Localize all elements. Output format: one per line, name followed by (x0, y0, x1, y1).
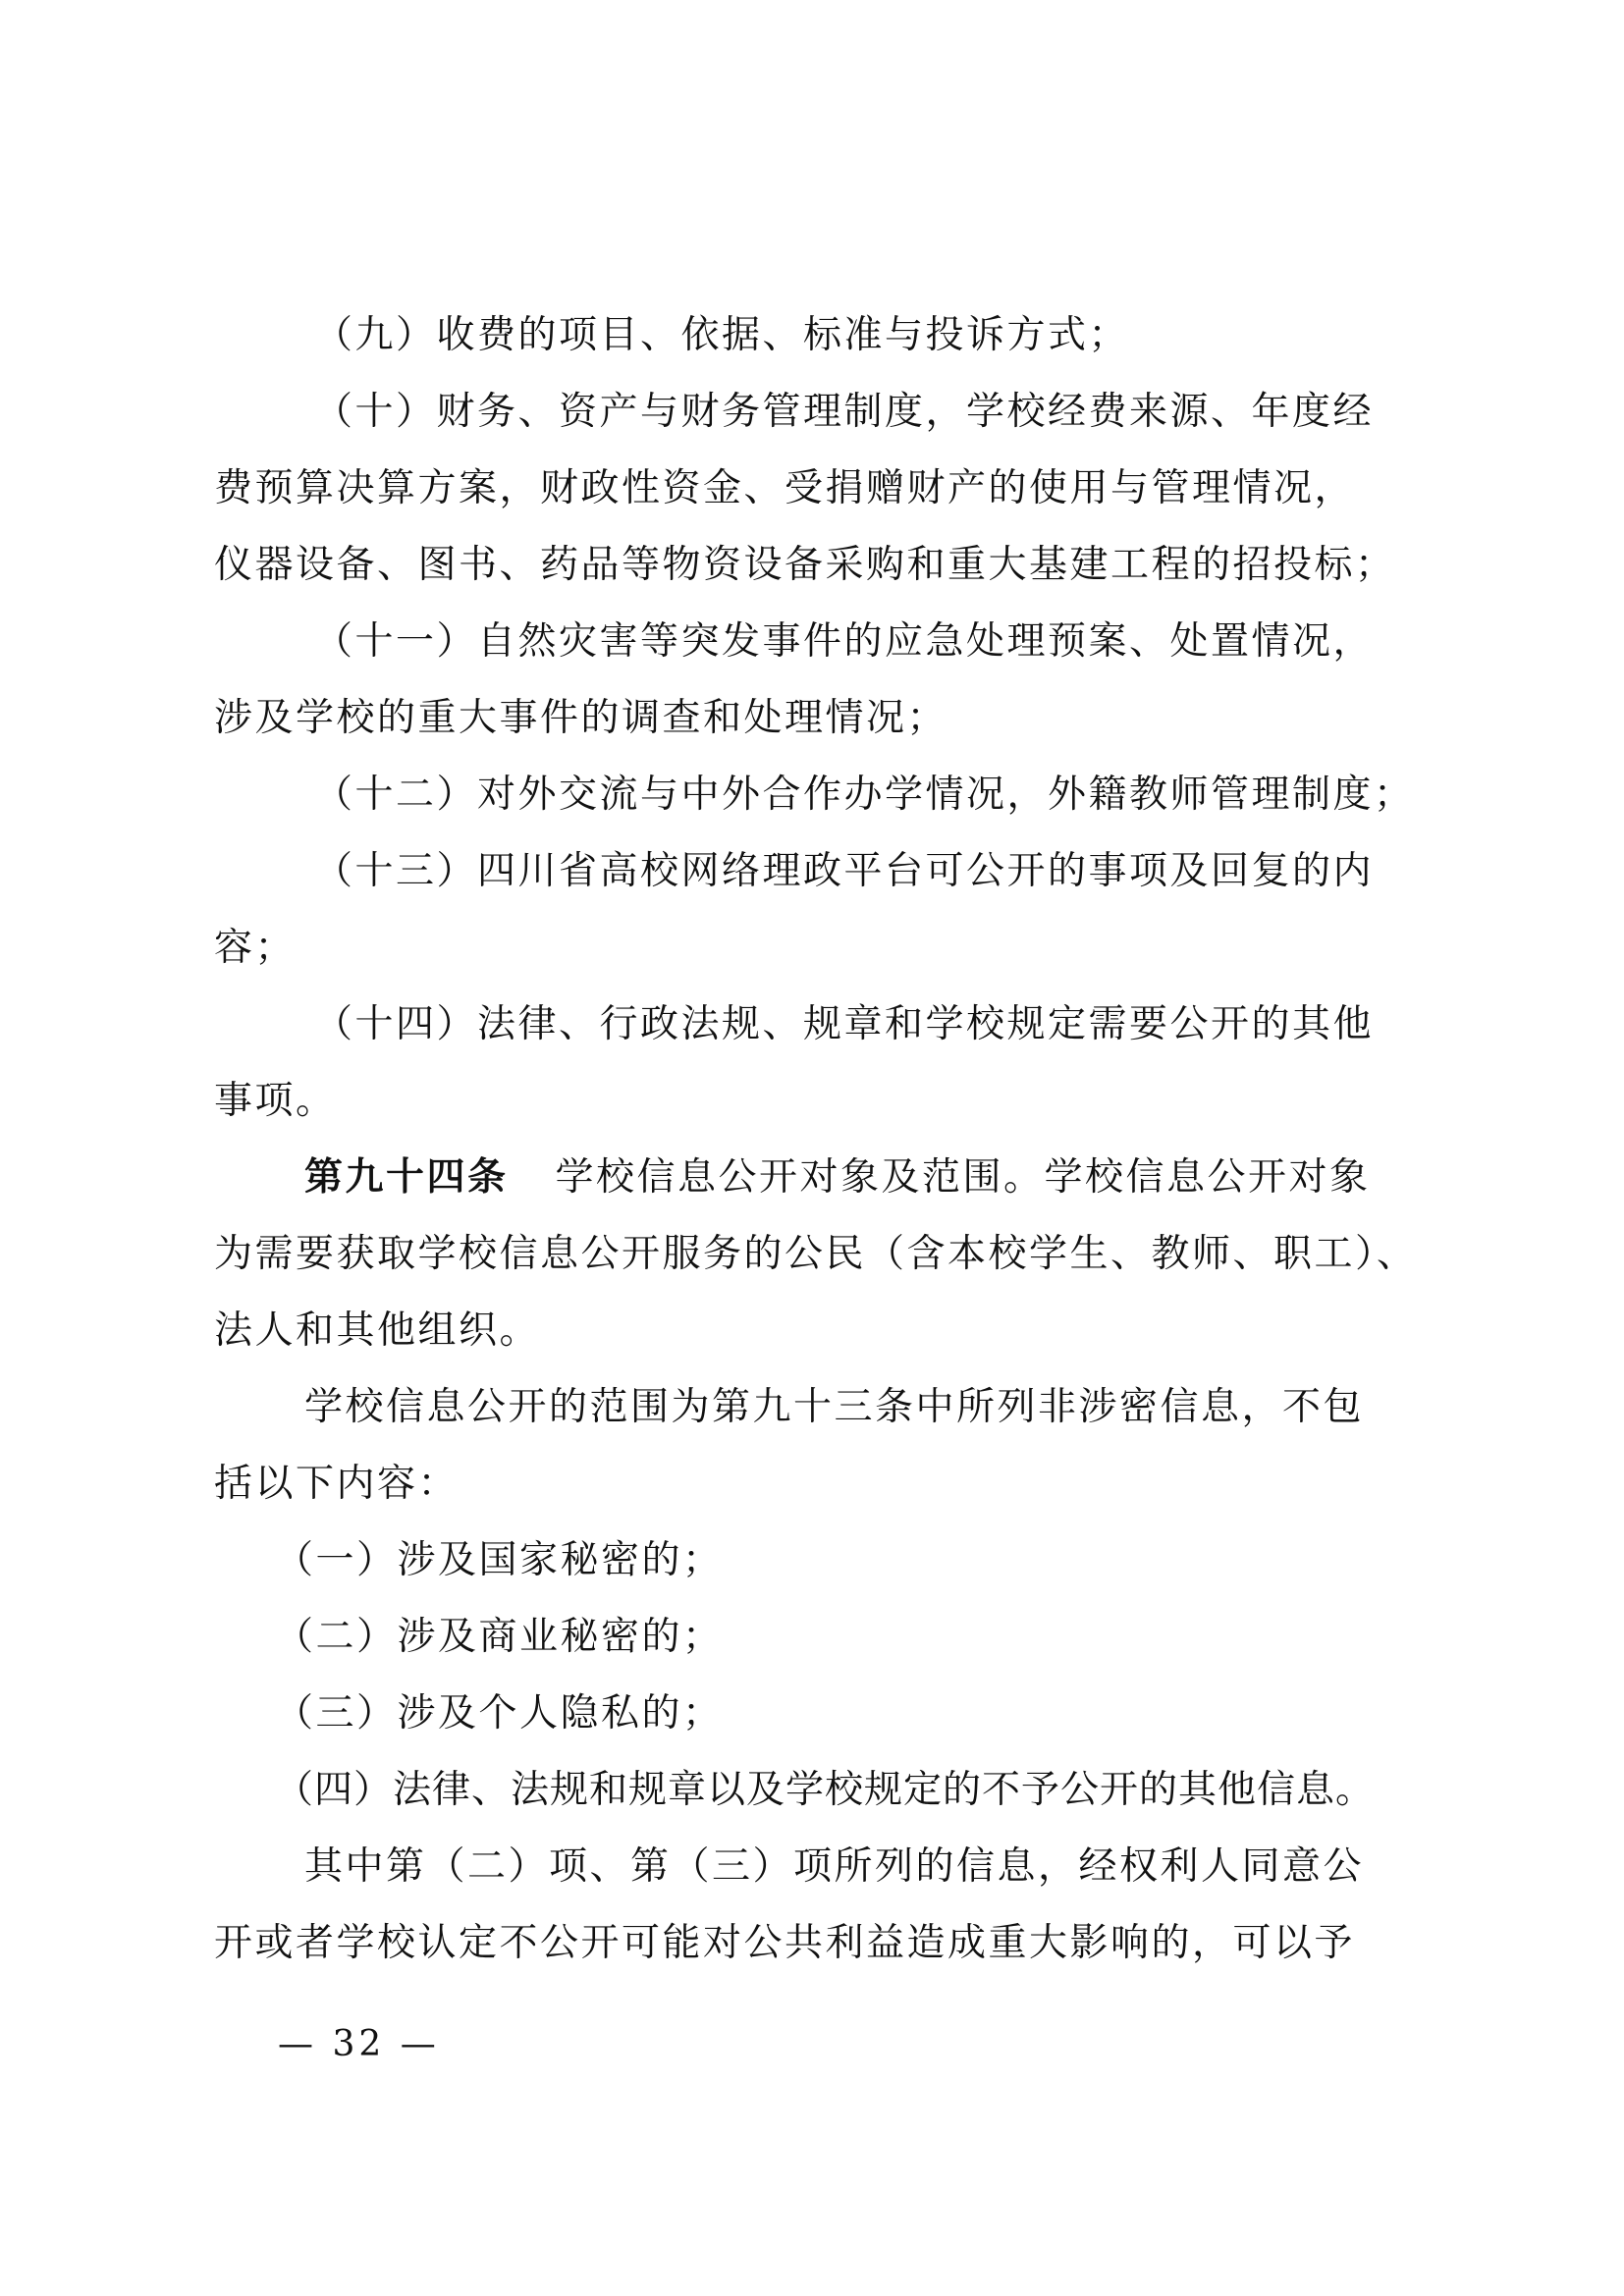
list-item-13-cont: 容； (214, 919, 296, 978)
list-item-13: （十三）四川省高校网络理政平台可公开的事项及回复的内 (314, 842, 1374, 901)
article-94-line-3: 法人和其他组织。 (214, 1302, 540, 1361)
scope-paragraph-line-1: 学校信息公开的范围为第九十三条中所列非涉密信息，不包 (304, 1378, 1364, 1437)
list-item-11: （十一）自然灾害等突发事件的应急处理预案、处置情况， (314, 613, 1374, 671)
exclusion-item-1: （一）涉及国家秘密的； (275, 1531, 724, 1590)
closing-paragraph-line-1: 其中第（二）项、第（三）项所列的信息，经权利人同意公 (304, 1838, 1364, 1896)
article-94-first-line: 第九十四条学校信息公开对象及范围。学校信息公开对象 (304, 1148, 1371, 1207)
exclusion-item-2: （二）涉及商业秘密的； (275, 1608, 724, 1667)
page-number: — 32 — (278, 2024, 440, 2064)
exclusion-item-4: （四）法律、法规和规章以及学校规定的不予公开的其他信息。 (275, 1761, 1375, 1820)
list-item-10-cont-1: 费预算决算方案，财政性资金、受捐赠财产的使用与管理情况， (214, 459, 1355, 518)
list-item-14-cont: 事项。 (214, 1072, 337, 1131)
list-item-14: （十四）法律、行政法规、规章和学校规定需要公开的其他 (314, 995, 1374, 1054)
closing-paragraph-line-2: 开或者学校认定不公开可能对公共利益造成重大影响的，可以予 (214, 1914, 1355, 1973)
article-94-line-2: 为需要获取学校信息公开服务的公民（含本校学生、教师、职工）、 (214, 1225, 1418, 1284)
article-heading-text: 学校信息公开对象及范围。学校信息公开对象 (556, 1155, 1371, 1200)
list-item-10-cont-2: 仪器设备、图书、药品等物资设备采购和重大基建工程的招投标； (214, 536, 1396, 595)
list-item-9: （九）收费的项目、依据、标准与投诉方式； (314, 306, 1129, 365)
article-title: 第九十四条 (304, 1155, 509, 1200)
scope-paragraph-line-2: 括以下内容： (214, 1455, 459, 1514)
exclusion-item-3: （三）涉及个人隐私的； (275, 1684, 724, 1743)
list-item-11-cont: 涉及学校的重大事件的调查和处理情况； (214, 689, 947, 748)
list-item-12: （十二）对外交流与中外合作办学情况，外籍教师管理制度； (314, 766, 1415, 825)
list-item-10: （十）财务、资产与财务管理制度，学校经费来源、年度经 (314, 383, 1374, 442)
